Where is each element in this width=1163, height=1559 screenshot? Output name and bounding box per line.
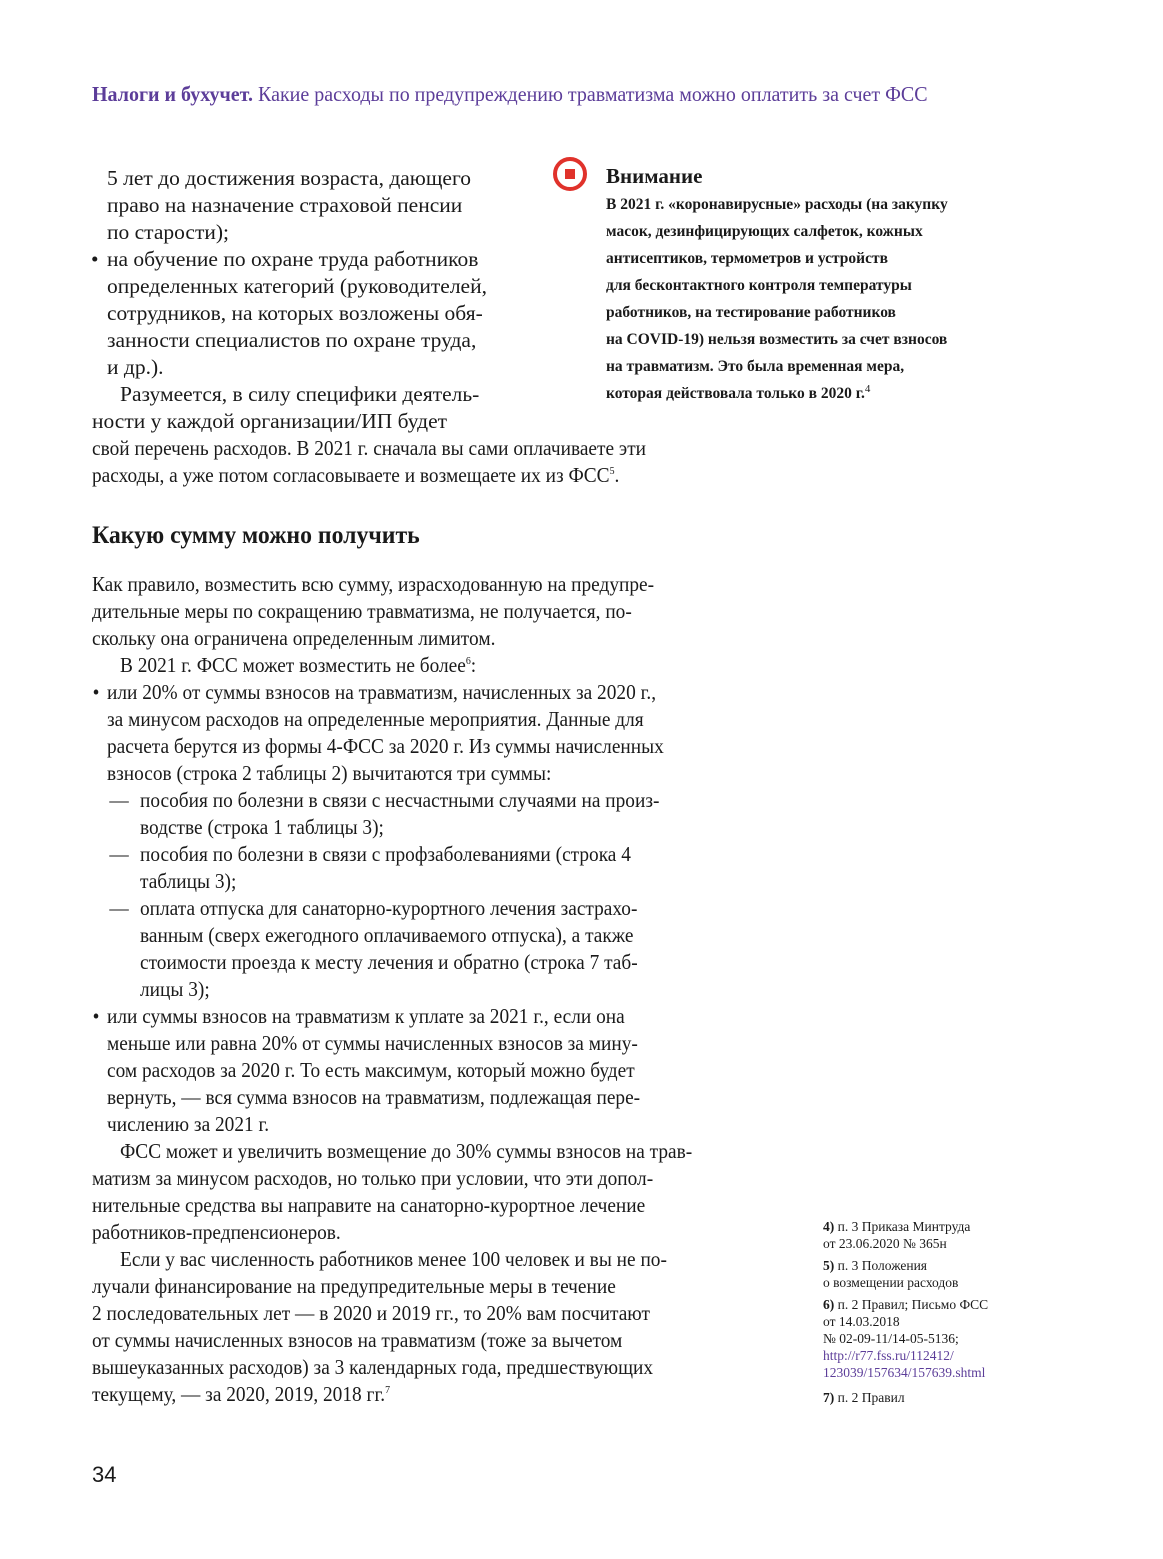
bullet-item: или суммы взносов на травматизм к уплате… (107, 1003, 625, 1030)
text-line: ФСС может и увеличить возмещение до 30% … (120, 1138, 692, 1165)
text-line: определенных категорий (руководителей, (107, 273, 487, 300)
text-line: меньше или равна 20% от суммы начисленны… (107, 1030, 638, 1057)
text-line: водстве (строка 1 таблицы 3); (140, 814, 384, 841)
text-line: расчета берутся из формы 4-ФСС за 2020 г… (107, 733, 664, 760)
text-line: сом расходов за 2020 г. То есть максимум… (107, 1057, 635, 1084)
text-line: матизм за минусом расходов, но только пр… (92, 1165, 653, 1192)
footnote-5: 5) п. 3 Положенияо возмещении расходов (823, 1257, 958, 1291)
text-line: числению за 2021 г. (107, 1111, 269, 1138)
text-line: за минусом расходов на определенные меро… (107, 706, 644, 733)
footnote-7: 7) п. 2 Правил (823, 1389, 905, 1406)
header-section: Налоги и бухучет. (92, 82, 253, 106)
dash-item: пособия по болезни в связи с несчастными… (140, 787, 659, 814)
header-title: Какие расходы по предупреждению травмати… (258, 82, 928, 106)
footnote-4: 4) п. 3 Приказа Минтрудаот 23.06.2020 № … (823, 1218, 970, 1252)
attention-line: для бесконтактного контроля температуры (606, 277, 912, 295)
text-line: скольку она ограничена определенным лими… (92, 625, 495, 652)
text-line: В 2021 г. ФСС может возместить не более6… (120, 652, 476, 679)
text-line: по старости); (107, 219, 229, 246)
text-line: взносов (строка 2 таблицы 2) вычитаются … (107, 760, 551, 787)
attention-line: которая действовала только в 2020 г.4 (606, 385, 870, 403)
text-line: вернуть, — вся сумма взносов на травмати… (107, 1084, 640, 1111)
attention-title: Внимание (606, 164, 702, 189)
text-line: занности специалистов по охране труда, (107, 327, 476, 354)
footnote-ref[interactable]: 7 (385, 1384, 390, 1396)
text-line: Разумеется, в силу специфики деятель- (120, 381, 479, 408)
stop-circle-icon (553, 157, 587, 191)
text-line: расходы, а уже потом согласовываете и во… (92, 462, 619, 489)
text-line: и др.). (107, 354, 163, 381)
text-line: 2 последовательных лет — в 2020 и 2019 г… (92, 1300, 650, 1327)
text-line: 5 лет до достижения возраста, дающего (107, 165, 471, 192)
text-line: таблицы 3); (140, 868, 236, 895)
text-line: вышеуказанных расходов) за 3 календарных… (92, 1354, 653, 1381)
text-line: Как правило, возместить всю сумму, израс… (92, 571, 654, 598)
page-number: 34 (92, 1462, 116, 1488)
running-header: Налоги и бухучет. Какие расходы по преду… (92, 82, 928, 107)
footnote-ref[interactable]: 4 (865, 383, 871, 395)
bullet-item: на обучение по охране труда работников (107, 246, 478, 273)
text-line: от суммы начисленных взносов на травмати… (92, 1327, 622, 1354)
attention-line: В 2021 г. «коронавирусные» расходы (на з… (606, 196, 948, 214)
text-line: сотрудников, на которых возложены обя- (107, 300, 483, 327)
dash-item: оплата отпуска для санаторно-курортного … (140, 895, 637, 922)
attention-line: антисептиков, термометров и устройств (606, 250, 888, 268)
bullet-item: или 20% от суммы взносов на травматизм, … (107, 679, 656, 706)
attention-line: на COVID-19) нельзя возместить за счет в… (606, 331, 947, 349)
text-line: лицы 3); (140, 976, 210, 1003)
footnote-link[interactable]: http://r77.fss.ru/112412/123039/157634/1… (823, 1348, 985, 1380)
text-line: текущему, — за 2020, 2019, 2018 гг.7 (92, 1381, 390, 1408)
attention-line: на травматизм. Это была временная мера, (606, 358, 904, 376)
dash-item: пособия по болезни в связи с профзаболев… (140, 841, 631, 868)
text-line: работников-предпенсионеров. (92, 1219, 341, 1246)
text-line: стоимости проезда к месту лечения и обра… (140, 949, 638, 976)
text-line: ванным (сверх ежегодного оплачиваемого о… (140, 922, 633, 949)
text-line: ности у каждой организации/ИП будет (92, 408, 447, 435)
attention-line: масок, дезинфицирующих салфеток, кожных (606, 223, 923, 241)
section-heading: Какую сумму можно получить (92, 522, 420, 550)
text-line: дительные меры по сокращению травматизма… (92, 598, 632, 625)
attention-line: работников, на тестирование работников (606, 304, 896, 322)
text-line: лучали финансирование на предупредительн… (92, 1273, 616, 1300)
text-line: нительные средства вы направите на санат… (92, 1192, 645, 1219)
text-line: право на назначение страховой пенсии (107, 192, 462, 219)
footnote-6: 6) п. 2 Правил; Письмо ФССот 14.03.2018№… (823, 1296, 988, 1381)
text-line: свой перечень расходов. В 2021 г. сначал… (92, 435, 646, 462)
text-line: Если у вас численность работников менее … (120, 1246, 667, 1273)
